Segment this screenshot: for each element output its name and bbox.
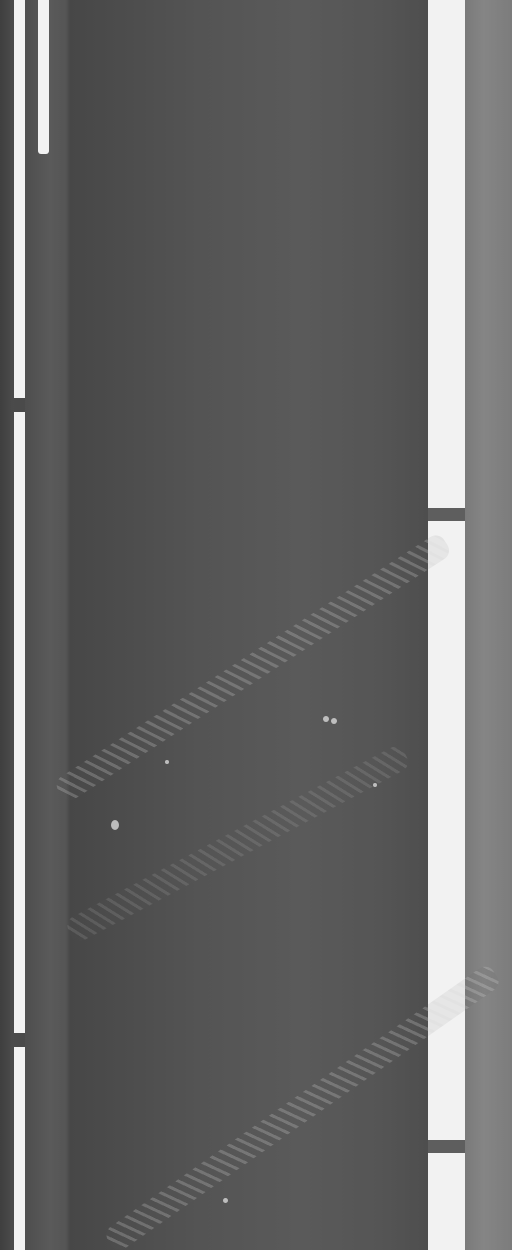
- road-surface: Top-down view of an asphalt road lane wi…: [0, 0, 512, 1250]
- right-line-joint: [428, 1140, 466, 1153]
- left-line-joint: [14, 398, 25, 412]
- road-spot: [165, 760, 169, 764]
- right-line-joint: [428, 508, 466, 521]
- road-shoulder: [465, 0, 512, 1250]
- road-spot: [111, 820, 119, 830]
- road-spot: [223, 1198, 228, 1203]
- left-dash-marking: [38, 0, 49, 154]
- left-lane-line: [14, 0, 25, 1250]
- road-spot: [373, 783, 377, 787]
- left-line-joint: [14, 1033, 25, 1047]
- right-edge-line: [428, 0, 466, 1250]
- road-spot: [323, 716, 329, 722]
- tire-track: [64, 743, 412, 944]
- road-spot: [331, 718, 337, 724]
